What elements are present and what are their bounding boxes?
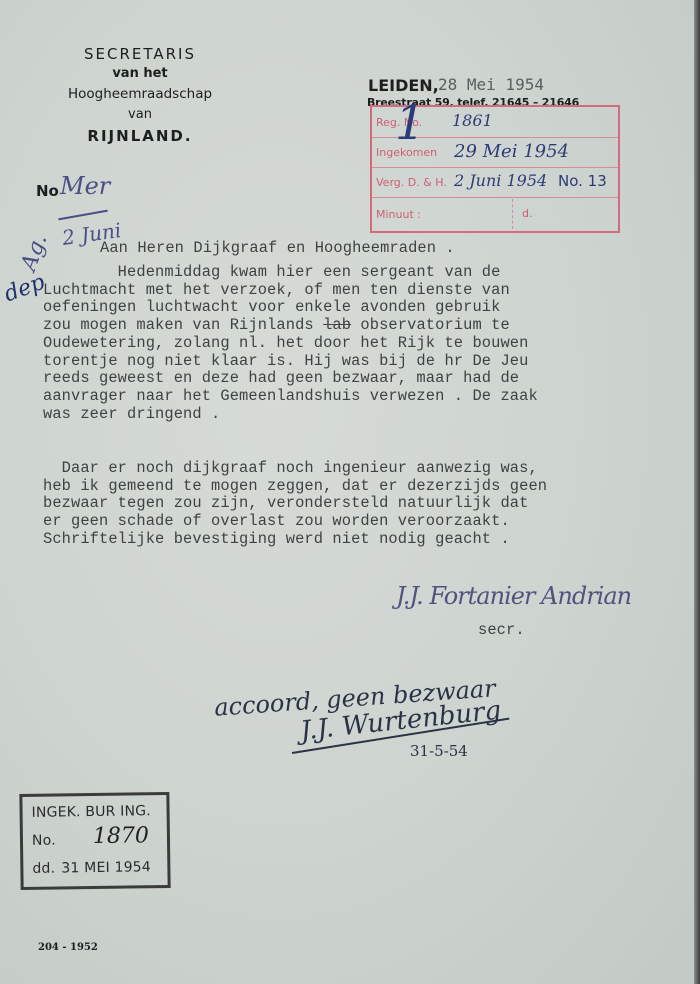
stamp-value: 29 Mei 1954 (454, 141, 569, 162)
stamp-row-vergadering: Verg. D. & H. 2 Juni 1954 No. 13 (372, 167, 618, 198)
form-code: 204 - 1952 (38, 942, 98, 953)
stamp-label: Verg. D. & H. (376, 176, 447, 189)
paragraph-line: Luchtmacht met het verzoek, of men ten d… (43, 282, 510, 300)
paragraph-line: reeds geweest en deze had geen bezwaar, … (43, 370, 519, 388)
stamp-extra: No. 13 (558, 172, 607, 190)
paragraph-line: Hedenmiddag kwam hier een sergeant van d… (43, 264, 500, 282)
letterhead-line: van (60, 105, 220, 125)
paragraph-line: Schriftelijke bevestiging werd niet nodi… (43, 531, 510, 549)
handwritten-overwrite: 1 (395, 95, 426, 151)
salutation: Aan Heren Dijkgraaf en Hoogheemraden . (100, 240, 455, 258)
paragraph-line: Oudewetering, zolang nl. het door het Ri… (43, 335, 528, 353)
receipt-stamp: INGEK. BUR ING. No. 1870 dd. 31 MEI 1954 (19, 792, 170, 890)
paragraph-line: bezwaar tegen zou zijn, verondersteld na… (43, 495, 528, 513)
receipt-stamp-date: 31 MEI 1954 (61, 859, 151, 876)
letter-page: SECRETARIS van het Hoogheemraadschap van… (0, 0, 694, 984)
stamp-row-minuut: Minuut : d. (372, 199, 618, 229)
paragraph-line: zou mogen maken van Rijnlands lab observ… (43, 317, 510, 335)
letterhead-line: van het (60, 64, 220, 84)
reference-no-label: No (36, 182, 59, 200)
approval-date: 31-5-54 (410, 742, 468, 760)
paragraph-text: observatorium te (351, 316, 510, 334)
underline-mark (58, 210, 108, 221)
letterhead-region: RIJNLAND. (60, 125, 220, 147)
margin-note-dep: dep (1, 270, 48, 308)
stamp-divider (512, 199, 513, 229)
paragraph-line: oefeningen luchtwacht voor enkele avonde… (43, 299, 500, 317)
receipt-stamp-no-label: No. (32, 833, 56, 849)
paragraph-line: heb ik gemeend te mogen zeggen, dat er d… (43, 478, 547, 496)
handwritten-reference: Mer (60, 172, 110, 200)
receipt-stamp-title: INGEK. BUR ING. (31, 803, 151, 821)
letterhead-title: SECRETARIS (60, 44, 220, 64)
paragraph-line: was zeer dringend . (43, 406, 220, 424)
paragraph-line: torentje nog niet klaar is. Hij was bij … (43, 353, 528, 371)
signature-title: secr. (478, 622, 525, 640)
stamp-extra: d. (522, 207, 532, 220)
receipt-stamp-number: 1870 (93, 823, 149, 849)
paragraph-line: aanvrager naar het Gemeenlandshuis verwe… (43, 388, 538, 406)
letterhead: SECRETARIS van het Hoogheemraadschap van… (60, 44, 220, 147)
page-edge-shadow (694, 0, 700, 984)
paragraph-line: Daar er noch dijkgraaf noch ingenieur aa… (43, 460, 538, 478)
receipt-stamp-date-label: dd. (32, 861, 55, 877)
stamp-value: 2 Juni 1954 (454, 171, 547, 190)
place-name: LEIDEN, (368, 76, 439, 95)
stamp-label: Minuut : (376, 208, 421, 221)
struck-word: lab (323, 316, 351, 334)
paragraph-text: zou mogen maken van Rijnlands (43, 316, 323, 334)
letter-date: 28 Mei 1954 (438, 75, 544, 94)
paragraph-line: er geen schade of overlast zou worden ve… (43, 513, 510, 531)
stamp-value: 1861 (452, 111, 493, 130)
letterhead-organization: Hoogheemraadschap (60, 84, 220, 105)
secretary-signature: J.J. Fortanier Andrian (396, 582, 631, 610)
